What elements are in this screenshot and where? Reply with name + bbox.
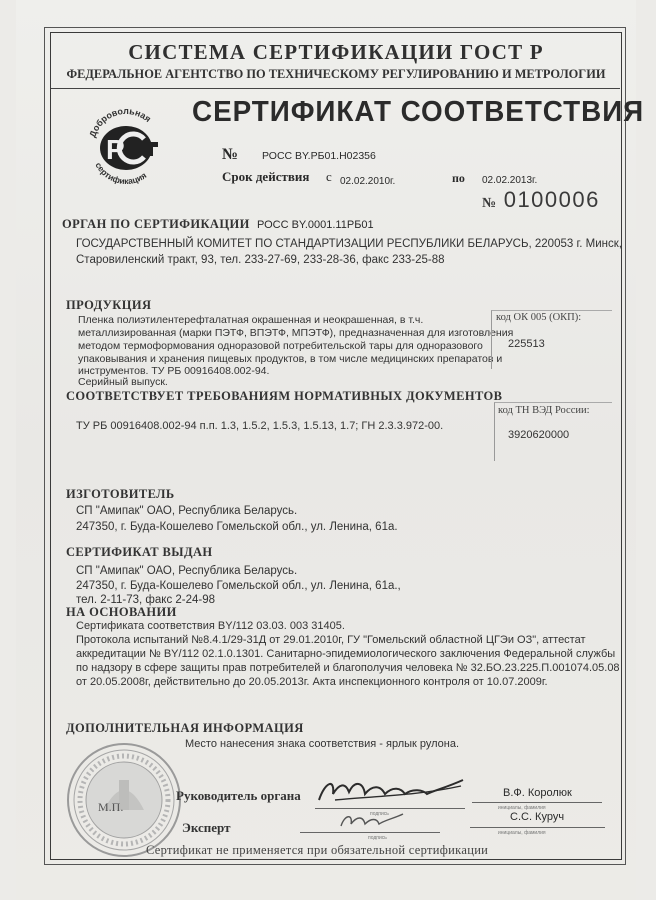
rst-logo-icon: Добровольная сертификация P bbox=[86, 106, 166, 186]
manufacturer-heading: ИЗГОТОВИТЕЛЬ bbox=[66, 487, 175, 502]
additional-info-heading: ДОПОЛНИТЕЛЬНАЯ ИНФОРМАЦИЯ bbox=[66, 721, 304, 736]
okp-label: код ОК 005 (ОКП): bbox=[496, 312, 581, 323]
basis-line-4: по надзору в сфере защиты прав потребите… bbox=[76, 662, 620, 675]
certification-body-line-2: Старовиленский тракт, 93, тел. 233-27-69… bbox=[76, 252, 445, 268]
expert-label: Эксперт bbox=[182, 820, 230, 836]
certificate-title: СЕРТИФИКАТ СООТВЕТСТВИЯ bbox=[192, 96, 644, 129]
mandatory-certification-note: Сертификат не применяется при обязательн… bbox=[146, 843, 488, 858]
basis-line-3: аккредитации № BY/112 02.1.0.1301. Санит… bbox=[76, 648, 615, 661]
expert-name: С.С. Куруч bbox=[510, 811, 564, 823]
okp-value: 225513 bbox=[508, 338, 545, 350]
manufacturer-line-1: СП "Амипак" ОАО, Республика Беларусь. bbox=[76, 503, 297, 519]
head-name: В.Ф. Королюк bbox=[503, 787, 572, 799]
serial-label: № bbox=[482, 196, 496, 211]
agency-heading: ФЕДЕРАЛЬНОЕ АГЕНТСТВО ПО ТЕХНИЧЕСКОМУ РЕ… bbox=[50, 67, 622, 82]
expert-signature-icon bbox=[335, 808, 405, 834]
manufacturer-line-2: 247350, г. Буда-Кошелево Гомельской обл.… bbox=[76, 519, 398, 535]
certification-body-heading: ОРГАН ПО СЕРТИФИКАЦИИ bbox=[62, 217, 250, 232]
from-date: 02.02.2010г. bbox=[340, 176, 395, 187]
stamp-place-label: М.П. bbox=[98, 800, 123, 815]
product-line-3: методом термоформования одноразовой потр… bbox=[78, 340, 483, 353]
expert-signature-line bbox=[300, 832, 440, 833]
official-seal-icon bbox=[64, 740, 184, 860]
expert-name-caption: инициалы, фамилия bbox=[498, 830, 546, 836]
basis-line-2: Протокола испытаний №8.4.1/29-31Д от 29.… bbox=[76, 634, 586, 647]
issued-to-heading: СЕРТИФИКАТ ВЫДАН bbox=[66, 545, 213, 560]
certification-body-line-1: ГОСУДАРСТВЕННЫЙ КОМИТЕТ ПО СТАНДАРТИЗАЦИ… bbox=[76, 236, 622, 252]
product-heading: ПРОДУКЦИЯ bbox=[66, 298, 151, 313]
tnved-value: 3920620000 bbox=[508, 429, 569, 441]
serial-number: № 0100006 bbox=[482, 187, 600, 213]
basis-line-5: от 20.05.2008г, действительно до 20.05.2… bbox=[76, 676, 548, 689]
system-heading: СИСТЕМА СЕРТИФИКАЦИИ ГОСТ Р bbox=[50, 40, 622, 65]
basis-line-1: Сертификата соответствия BY/112 03.03. 0… bbox=[76, 620, 345, 633]
basis-heading: НА ОСНОВАНИИ bbox=[66, 605, 177, 620]
head-label: Руководитель органа bbox=[176, 788, 301, 804]
product-line-6: Серийный выпуск. bbox=[78, 376, 168, 389]
validity-label: Срок действия bbox=[222, 169, 309, 185]
compliance-standards: ТУ РБ 00916408.002-94 п.п. 1.3, 1.5.2, 1… bbox=[76, 418, 443, 434]
head-signature-icon bbox=[315, 774, 465, 806]
certificate-number: РОСС BY.РБ01.Н02356 bbox=[262, 150, 376, 162]
serial-value: 0100006 bbox=[504, 187, 600, 212]
expert-signature-caption: подпись bbox=[368, 835, 387, 841]
to-label: по bbox=[452, 171, 465, 186]
to-date: 02.02.2013г. bbox=[482, 175, 537, 186]
number-label: № bbox=[222, 146, 238, 164]
issued-to-line-1: СП "Амипак" ОАО, Республика Беларусь. bbox=[76, 563, 297, 579]
product-line-1: Пленка полиэтилентерефталатная окрашенна… bbox=[78, 314, 423, 327]
compliance-heading: СООТВЕТСТВУЕТ ТРЕБОВАНИЯМ НОРМАТИВНЫХ ДО… bbox=[66, 389, 502, 404]
additional-info-text: Место нанесения знака соответствия - ярл… bbox=[185, 738, 459, 751]
expert-name-line bbox=[470, 827, 605, 828]
certification-body-code: РОСС BY.0001.11РБ01 bbox=[257, 219, 374, 231]
tnved-label: код ТН ВЭД России: bbox=[498, 405, 590, 416]
product-line-2: металлизированная (марки ПЭТФ, ВПЭТФ, МП… bbox=[78, 327, 513, 340]
head-name-line bbox=[472, 802, 602, 803]
header-divider bbox=[51, 88, 620, 89]
from-label: с bbox=[326, 169, 332, 185]
